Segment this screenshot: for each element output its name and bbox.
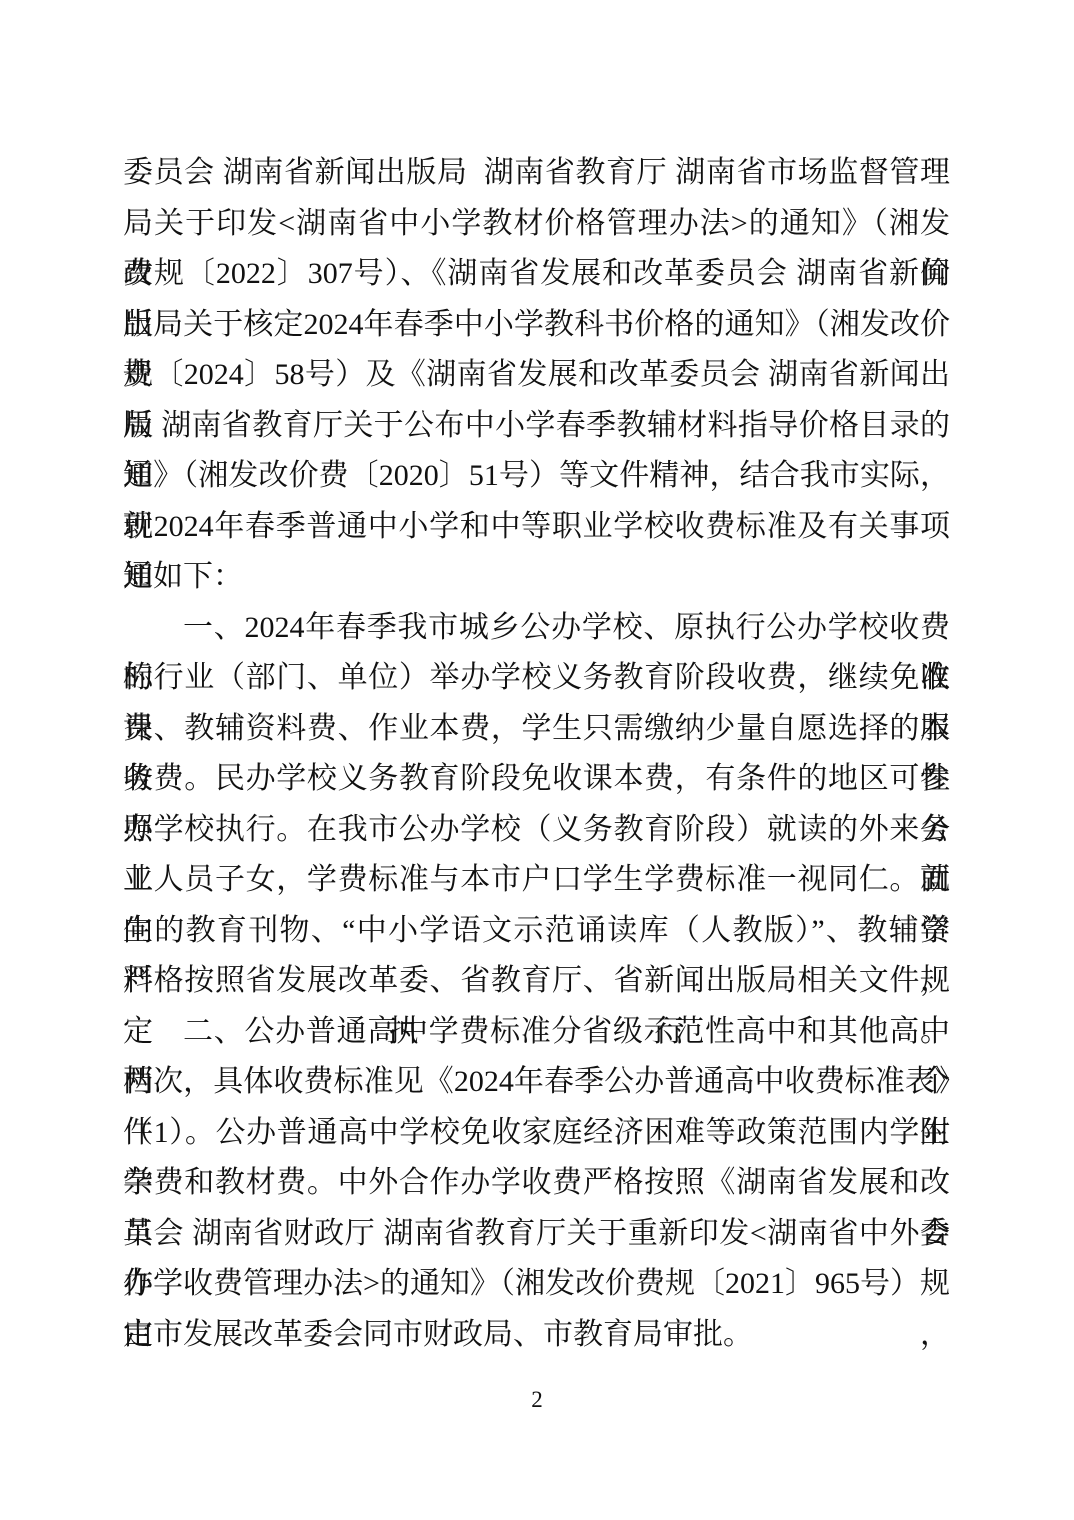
page-number: 2 <box>0 1384 1074 1416</box>
text-line: 知》（湘发改价费〔2020〕51号）等文件精神，结合我市实际，现 <box>123 451 950 502</box>
document-body: 委员会 湖南省新闻出版局 湖南省教育厅 湖南省市场监督管理局关于印发<湖南省中小… <box>123 148 950 1360</box>
text-line: 业人员子女，学费标准与本市户口学生学费标准一视同仁。面向学 <box>123 855 950 906</box>
text-line: 二、公办普通高中学费标准分省级示范性高中和其他高中两个 <box>123 1007 950 1058</box>
text-line: 办学校执行。在我市公办学校（义务教育阶段）就读的外来务工就 <box>123 805 950 856</box>
text-line: 一、2024年春季我市城乡公办学校、原执行公办学校收费标准 <box>123 603 950 654</box>
text-line: 档次，具体收费标准见《2024年春季公办普通高中收费标准表》（附 <box>123 1057 950 1108</box>
text-line: 局 湖南省教育厅关于公布中小学春季教辅材料指导价格目录的通 <box>123 401 950 452</box>
text-line: 的行业（部门、单位）举办学校义务教育阶段收费，继续免收课本 <box>123 653 950 704</box>
text-line: 件1）。公办普通高中学校免收家庭经济困难等政策范围内学生学 <box>123 1108 950 1159</box>
text-line: 委员会 湖南省新闻出版局 湖南省教育厅 湖南省市场监督管理 <box>123 148 950 199</box>
text-line: 收费。民办学校义务教育阶段免收课本费，有条件的地区可参照公 <box>123 754 950 805</box>
text-line: 生的教育刊物、“中小学语文示范诵读库（人教版）”、教辅资料， <box>123 906 950 957</box>
text-line: 就2024年春季普通中小学和中等职业学校收费标准及有关事项通 <box>123 502 950 553</box>
text-line: 杂费和教材费。中外合作办学收费严格按照《湖南省发展和改革委 <box>123 1158 950 1209</box>
text-line: 规〔2024〕58号）及《湖南省发展和改革委员会 湖南省新闻出版 <box>123 350 950 401</box>
text-line: 员会 湖南省财政厅 湖南省教育厅关于重新印发<湖南省中外合作 <box>123 1209 950 1260</box>
text-line: 知如下： <box>123 552 950 603</box>
text-lines: 委员会 湖南省新闻出版局 湖南省教育厅 湖南省市场监督管理局关于印发<湖南省中小… <box>123 148 950 1360</box>
text-line: 费规〔2022〕307号）、《湖南省发展和改革委员会 湖南省新闻出 <box>123 249 950 300</box>
text-line: 办学收费管理办法>的通知》（湘发改价费规〔2021〕965号）规定， <box>123 1259 950 1310</box>
text-line: 局关于印发<湖南省中小学教材价格管理办法>的通知》（湘发改价 <box>123 199 950 250</box>
text-line: 版局关于核定2024年春季中小学教科书价格的通知》（湘发改价费 <box>123 300 950 351</box>
document-page: 委员会 湖南省新闻出版局 湖南省教育厅 湖南省市场监督管理局关于印发<湖南省中小… <box>0 0 1074 1520</box>
text-line: 费、教辅资料费、作业本费，学生只需缴纳少量自愿选择的服务性 <box>123 704 950 755</box>
text-line: 严格按照省发展改革委、省教育厅、省新闻出版局相关文件规定执行。 <box>123 956 950 1007</box>
